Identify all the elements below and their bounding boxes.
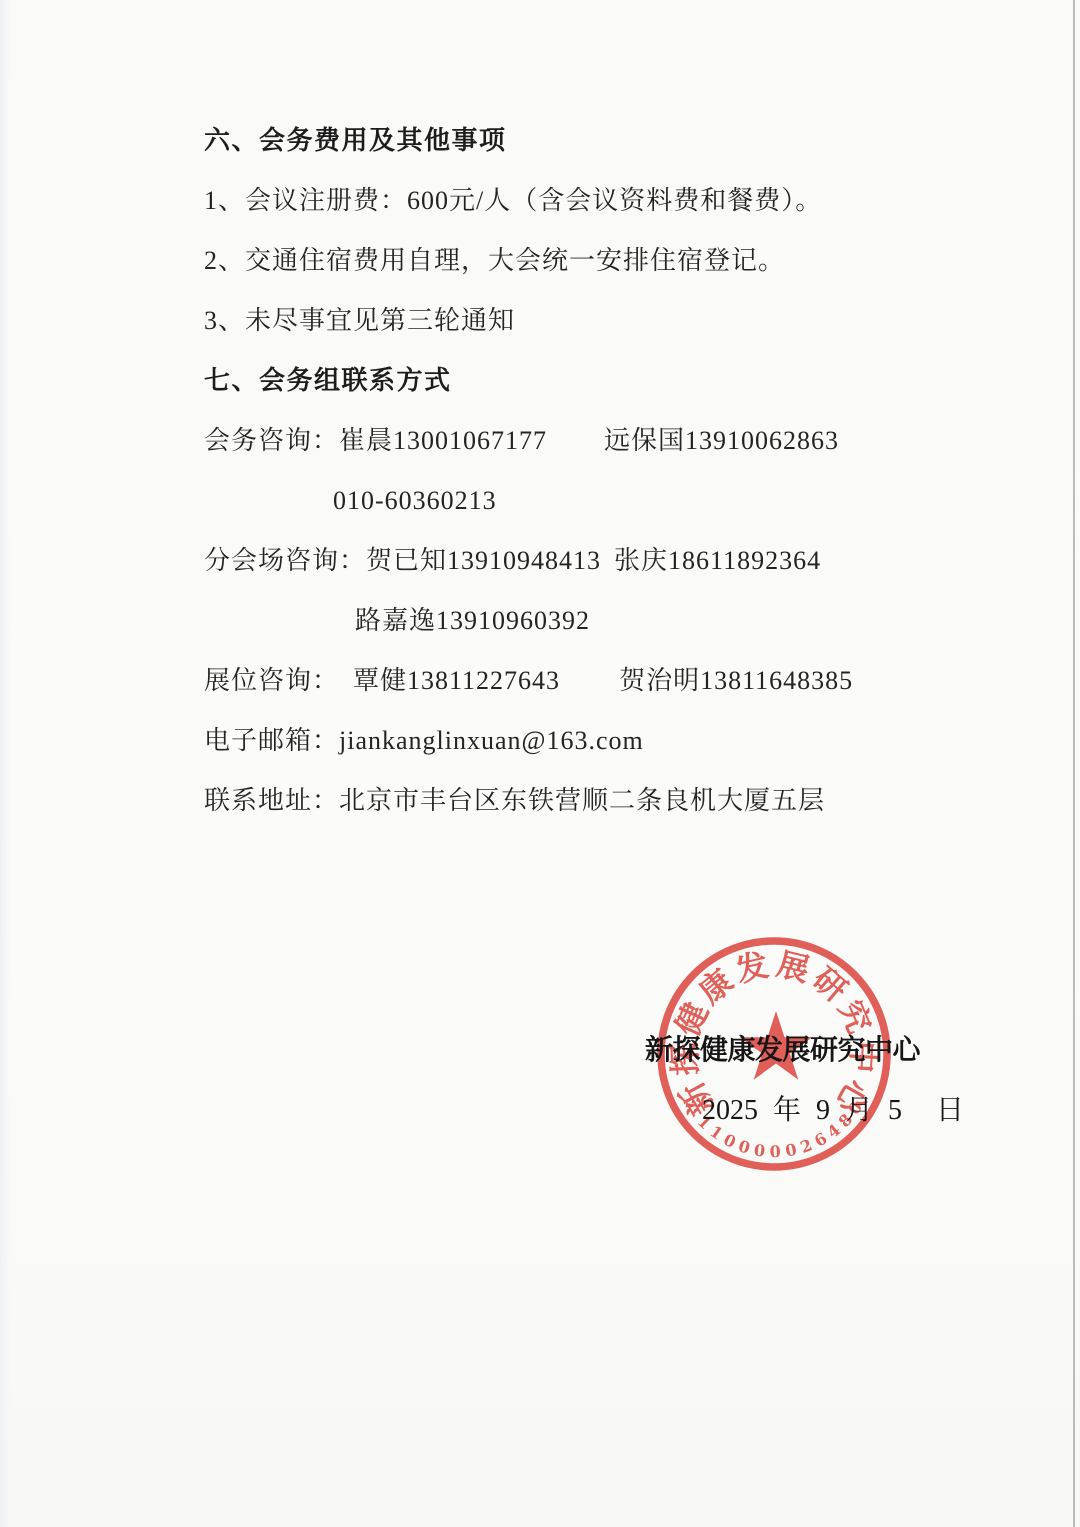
fee-item-registration: 1、会议注册费：600元/人（含会议资料费和餐费）。 <box>204 186 1020 216</box>
scanned-document-page: 六、会务费用及其他事项 1、会议注册费：600元/人（含会议资料费和餐费）。 2… <box>0 0 1080 1527</box>
section-heading-fees: 六、会务费用及其他事项 <box>204 126 1020 156</box>
contact-booth-person1: 覃健13811227643 <box>353 666 560 695</box>
contact-label-meeting: 会务咨询： <box>204 426 339 455</box>
contact-email-value: jiankanglinxuan@163.com <box>339 726 644 755</box>
fee-item-further-notice: 3、未尽事宜见第三轮通知 <box>204 306 1020 336</box>
contact-label-email: 电子邮箱： <box>204 726 339 755</box>
issue-date-prefix: 2025 年 9 月 5 <box>702 1095 902 1126</box>
contact-meeting-person1: 崔晨13001067177 <box>339 426 547 455</box>
organization-name: 新探健康发展研究中心 <box>645 1028 920 1068</box>
contact-label-address: 联系地址： <box>204 786 339 815</box>
fee-item-lodging: 2、交通住宿费用自理，大会统一安排住宿登记。 <box>204 246 1020 276</box>
contact-line-booth: 展位咨询：覃健13811227643贺治明13811648385 <box>204 666 1020 696</box>
document-body: 六、会务费用及其他事项 1、会议注册费：600元/人（含会议资料费和餐费）。 2… <box>0 0 1080 846</box>
issue-date: 2025 年 9 月 5日 <box>702 1088 964 1128</box>
section-heading-contacts: 七、会务组联系方式 <box>204 366 1020 396</box>
contact-meeting-person2: 远保国13910062863 <box>604 426 839 455</box>
contact-meeting-phone2: 010-60360213 <box>333 486 1020 516</box>
issue-date-day-char: 日 <box>936 1095 964 1126</box>
contact-label-booth: 展位咨询： <box>204 666 339 695</box>
contact-line-email: 电子邮箱：jiankanglinxuan@163.com <box>204 726 1020 756</box>
contact-label-branch: 分会场咨询： <box>204 546 366 575</box>
contact-branch-person1: 贺已知13910948413 <box>366 546 601 575</box>
contact-line-meeting: 会务咨询：崔晨13001067177远保国13910062863 <box>204 426 1020 456</box>
contact-line-branch: 分会场咨询：贺已知13910948413张庆18611892364 <box>204 546 1020 576</box>
contact-branch-person3: 路嘉逸13910960392 <box>355 606 1020 636</box>
contact-line-address: 联系地址：北京市丰台区东铁营顺二条良机大厦五层 <box>204 786 1020 816</box>
contact-address-value: 北京市丰台区东铁营顺二条良机大厦五层 <box>339 786 825 815</box>
contact-booth-person2: 贺治明13811648385 <box>619 666 853 695</box>
contact-branch-person2: 张庆18611892364 <box>614 546 821 575</box>
